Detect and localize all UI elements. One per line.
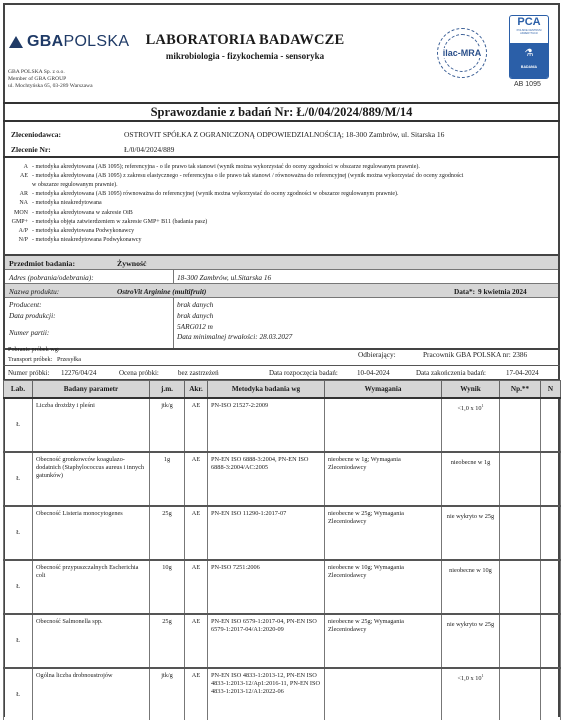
- results-table: Lab. Badany parametr j.m. Akr. Metodyka …: [3, 380, 561, 720]
- sample-no-value: 12276/04/24: [61, 369, 96, 377]
- cell-akr: AE: [185, 506, 208, 560]
- legend-desc: - metodyka akredytowana Podwykonawcy: [28, 227, 134, 236]
- date-label: Data*:: [454, 287, 475, 296]
- cell-req: nieobecne w 10g; Wymagania Zleceniodawcy: [325, 560, 442, 614]
- legend-desc-wrap: w obszarze regulowanym prawnie).: [6, 181, 554, 190]
- col-unit: j.m.: [150, 381, 185, 399]
- col-lab: Lab.: [4, 381, 33, 399]
- cell-param: Obecność przypuszczalnych Escherichia co…: [33, 560, 150, 614]
- assessment-value: bez zastrzeżeń: [178, 369, 219, 377]
- producer-label: Producent:: [9, 300, 42, 309]
- ilac-mra-logo: ilac-MRA: [437, 28, 487, 78]
- address-row: Adres (pobrania/odebrania): 18-300 Zambr…: [5, 270, 558, 284]
- client-label: Zleceniodawca:: [11, 130, 124, 139]
- producer-value: brak danych: [177, 300, 213, 309]
- result-exponent: 1: [482, 403, 484, 408]
- result-value: nie wykryto w 25g: [447, 513, 494, 520]
- cell-method: PN-EN ISO 4833-1:2013-12, PN-EN ISO 4833…: [208, 668, 325, 720]
- legend-desc: - metodyka akredytowana w zakresie OiB: [28, 209, 133, 218]
- cell-result: nie wykryto w 25g: [442, 506, 500, 560]
- col-method: Metodyka badania wg: [208, 381, 325, 399]
- cell-method: PN-EN ISO 6579-1:2017-04, PN-EN ISO 6579…: [208, 614, 325, 668]
- end-date-label: Data zakończenia badań:: [416, 369, 486, 377]
- product-label: Nazwa produktu:: [9, 287, 59, 296]
- cell-n: [541, 668, 561, 720]
- legend-item: AR- metodyka akredytowana (AB 1095) równ…: [6, 190, 554, 199]
- col-uncertainty: Np.**: [500, 381, 541, 399]
- client-section: Zleceniodawca: OSTROVIT SPÓŁKA Z OGRANIC…: [3, 122, 560, 158]
- table-header-row: Lab. Badany parametr j.m. Akr. Metodyka …: [4, 381, 561, 399]
- legend-desc: - metodyka nieakredytowana: [28, 199, 102, 208]
- logo-light-text: POLSKA: [63, 33, 129, 51]
- sample-subject-box: Przedmiot badania: Żywność Adres (pobran…: [3, 254, 560, 350]
- order-label: Zlecenie Nr:: [11, 145, 124, 154]
- cell-akr: AE: [185, 614, 208, 668]
- cell-np: [500, 506, 541, 560]
- product-value: OstroVit Arginine (multifruit): [117, 287, 206, 296]
- cell-result: <1,0 x 101: [442, 398, 500, 452]
- cell-lab: Ł: [4, 560, 33, 614]
- product-row: Nazwa produktu: OstroVit Arginine (multi…: [5, 284, 558, 298]
- col-n: N: [541, 381, 561, 399]
- legend-code: A/P: [6, 227, 28, 236]
- transport-label: Transport próbek:: [8, 356, 52, 363]
- cell-n: [541, 560, 561, 614]
- result-value: nieobecne w 10g: [449, 567, 492, 574]
- cell-unit: 25g: [150, 614, 185, 668]
- sample-meta: Numer próbki: 12276/04/24 Ocena próbki: …: [3, 366, 560, 381]
- end-date-value: 17-04-2024: [506, 369, 539, 377]
- cell-req: [325, 668, 442, 720]
- cell-lab: Ł: [4, 452, 33, 506]
- company-street: ul. Mochtyńska 65, 03-289 Warszawa: [8, 83, 93, 90]
- cell-np: [500, 668, 541, 720]
- flask-icon: ⚗: [510, 43, 548, 65]
- legend-item: MON- metodyka akredytowana w zakresie Oi…: [6, 209, 554, 218]
- subject-value: Żywność: [117, 259, 146, 268]
- legend-item: A- metodyka akredytowana (AB 1095); refe…: [6, 163, 554, 172]
- date-value: 9 kwietnia 2024: [478, 287, 527, 296]
- cell-np: [500, 452, 541, 506]
- legend-item: A/P- metodyka akredytowana Podwykonawcy: [6, 227, 554, 236]
- col-accreditation: Akr.: [185, 381, 208, 399]
- legend-desc: - metodyka akredytowana (AB 1095); refer…: [28, 163, 420, 172]
- best-before-date: Data minimalnej trwałości: 28.03.2027: [177, 332, 292, 341]
- cell-param: Obecność Listeria monocytogenes: [33, 506, 150, 560]
- cell-param: Obecność gronkowców koagulazo-dodatnich …: [33, 452, 150, 506]
- sample-no-label: Numer próbki:: [8, 369, 49, 377]
- cell-lab: Ł: [4, 398, 33, 452]
- cell-np: [500, 614, 541, 668]
- cell-req: nieobecne w 1g; Wymagania Zleceniodawcy: [325, 452, 442, 506]
- cell-result: <1,0 x 101: [442, 668, 500, 720]
- cell-result: nieobecne w 1g: [442, 452, 500, 506]
- cell-unit: 10g: [150, 560, 185, 614]
- accreditation-number: AB 1095: [514, 81, 541, 88]
- cell-param: Obecność Salmonella spp.: [33, 614, 150, 668]
- cell-akr: AE: [185, 668, 208, 720]
- cell-result: nie wykryto w 25g: [442, 614, 500, 668]
- legend-item: NA- metodyka nieakredytowana: [6, 199, 554, 208]
- legend-code: NA: [6, 199, 28, 208]
- order-value: Ł/0/04/2024/889: [124, 145, 174, 154]
- result-value: <1,0 x 10: [457, 675, 481, 682]
- cell-unit: 1g: [150, 452, 185, 506]
- legend-code: N/P: [6, 236, 28, 245]
- sampling-info: Pobranie próbek wg: Transport próbek: Pr…: [3, 344, 560, 366]
- gba-triangle-icon: [9, 36, 23, 48]
- cell-lab: Ł: [4, 668, 33, 720]
- address-value: 18-300 Zambrów, ul.Sitarska 16: [177, 273, 271, 282]
- logo-bold-text: GBA: [27, 33, 63, 51]
- cell-req: nieobecne w 25g; Wymagania Zleceniodawcy: [325, 506, 442, 560]
- company-name: GBA POLSKA Sp. z o.o.: [8, 69, 93, 76]
- cell-unit: 25g: [150, 506, 185, 560]
- production-date-value: brak danych: [177, 311, 213, 320]
- legend-code: MON: [6, 209, 28, 218]
- table-row: ŁOgólna liczba drobnoustrojówjtk/gAEPN-E…: [4, 668, 561, 720]
- table-row: ŁObecność przypuszczalnych Escherichia c…: [4, 560, 561, 614]
- assessment-label: Ocena próbki:: [119, 369, 159, 377]
- cell-param: Ogólna liczba drobnoustrojów: [33, 668, 150, 720]
- table-row: ŁObecność gronkowców koagulazo-dodatnich…: [4, 452, 561, 506]
- cell-req: nieobecne w 25g; Wymagania Zleceniodawcy: [325, 614, 442, 668]
- result-exponent: 1: [482, 673, 484, 678]
- cell-n: [541, 452, 561, 506]
- address-label: Adres (pobrania/odebrania):: [9, 273, 94, 282]
- legend-item: N/P- metodyka nieakredytowana Podwykonaw…: [6, 236, 554, 245]
- cell-n: [541, 398, 561, 452]
- batch-value: 5ARG012 m: [177, 322, 213, 331]
- cell-n: [541, 614, 561, 668]
- result-value: nieobecne w 1g: [451, 459, 491, 466]
- report-title: Sprawozdanie z badań Nr: Ł/0/04/2024/889…: [3, 102, 560, 122]
- cell-method: PN-EN ISO 11290-1:2017-07: [208, 506, 325, 560]
- col-requirements: Wymagania: [325, 381, 442, 399]
- cell-akr: AE: [185, 398, 208, 452]
- legend-code: A: [6, 163, 28, 172]
- cell-unit: jtk/g: [150, 398, 185, 452]
- pca-badge: BADANIA: [510, 65, 548, 69]
- cell-np: [500, 560, 541, 614]
- lab-heading: LABORATORIA BADAWCZE mikrobiologia - fiz…: [140, 32, 350, 61]
- table-row: ŁLiczba drożdży i pleśnijtk/gAEPN-ISO 21…: [4, 398, 561, 452]
- start-date-label: Data rozpoczęcia badań:: [269, 369, 338, 377]
- cell-lab: Ł: [4, 506, 33, 560]
- cell-method: PN-ISO 7251:2006: [208, 560, 325, 614]
- receiver-value: Pracownik GBA POLSKA nr: 2386: [423, 350, 527, 359]
- transport-value: Przesyłka: [57, 356, 81, 363]
- method-legend: A- metodyka akredytowana (AB 1095); refe…: [6, 163, 554, 245]
- lab-title: LABORATORIA BADAWCZE: [140, 32, 350, 49]
- cell-unit: jtk/g: [150, 668, 185, 720]
- production-date-label: Data produkcji:: [9, 311, 56, 320]
- result-value: <1,0 x 10: [457, 405, 481, 412]
- cell-param: Liczba drożdży i pleśni: [33, 398, 150, 452]
- cell-method: PN-ISO 21527-2:2009: [208, 398, 325, 452]
- cell-req: [325, 398, 442, 452]
- ilac-label: ilac-MRA: [442, 48, 483, 58]
- batch-label: Numer partii:: [9, 328, 49, 337]
- cell-lab: Ł: [4, 614, 33, 668]
- cell-n: [541, 506, 561, 560]
- table-row: ŁObecność Salmonella spp.25gAEPN-EN ISO …: [4, 614, 561, 668]
- gba-polska-logo: GBAPOLSKA: [9, 33, 129, 51]
- cell-akr: AE: [185, 560, 208, 614]
- subject-row: Przedmiot badania: Żywność: [5, 256, 558, 270]
- company-address: GBA POLSKA Sp. z o.o. Member of GBA GROU…: [8, 69, 93, 90]
- cell-np: [500, 398, 541, 452]
- legend-code: AE: [6, 172, 28, 181]
- legend-code: GMP+: [6, 218, 28, 227]
- legend-desc: - metodyka nieakredytowana Podwykonawcy: [28, 236, 141, 245]
- cell-akr: AE: [185, 452, 208, 506]
- start-date-value: 10-04-2024: [357, 369, 390, 377]
- transport-line: Transport próbek: Przesyłka: [8, 356, 81, 363]
- cell-method: PN-EN ISO 6888-3:2004, PN-EN ISO 6888-3:…: [208, 452, 325, 506]
- col-result: Wynik: [442, 381, 500, 399]
- cell-result: nieobecne w 10g: [442, 560, 500, 614]
- pca-title: PCA: [510, 16, 548, 29]
- legend-code: AR: [6, 190, 28, 199]
- producer-block: Producent: brak danych Data produkcji: b…: [5, 298, 558, 348]
- company-group: Member of GBA GROUP: [8, 76, 93, 83]
- legend-desc: - metodyka objęta zatwierdzeniem w zakre…: [28, 218, 207, 227]
- subject-label: Przedmiot badania:: [9, 259, 75, 268]
- col-parameter: Badany parametr: [33, 381, 150, 399]
- legend-item: GMP+- metodyka objęta zatwierdzeniem w z…: [6, 218, 554, 227]
- sampling-label: Pobranie próbek wg:: [8, 346, 60, 353]
- pca-subtitle: POLSKIE CENTRUM AKREDYTACJI: [510, 29, 548, 35]
- lab-subtitle: mikrobiologia - fizykochemia - sensoryka: [140, 51, 350, 61]
- legend-desc: - metodyka akredytowana (AB 1095) równow…: [28, 190, 399, 199]
- client-value: OSTROVIT SPÓŁKA Z OGRANICZONĄ ODPOWIEDZI…: [124, 130, 444, 139]
- table-row: ŁObecność Listeria monocytogenes25gAEPN-…: [4, 506, 561, 560]
- pca-accreditation-logo: PCA POLSKIE CENTRUM AKREDYTACJI ⚗ BADANI…: [509, 15, 549, 79]
- receiver-label: Odbierający:: [358, 350, 396, 359]
- result-value: nie wykryto w 25g: [447, 621, 494, 628]
